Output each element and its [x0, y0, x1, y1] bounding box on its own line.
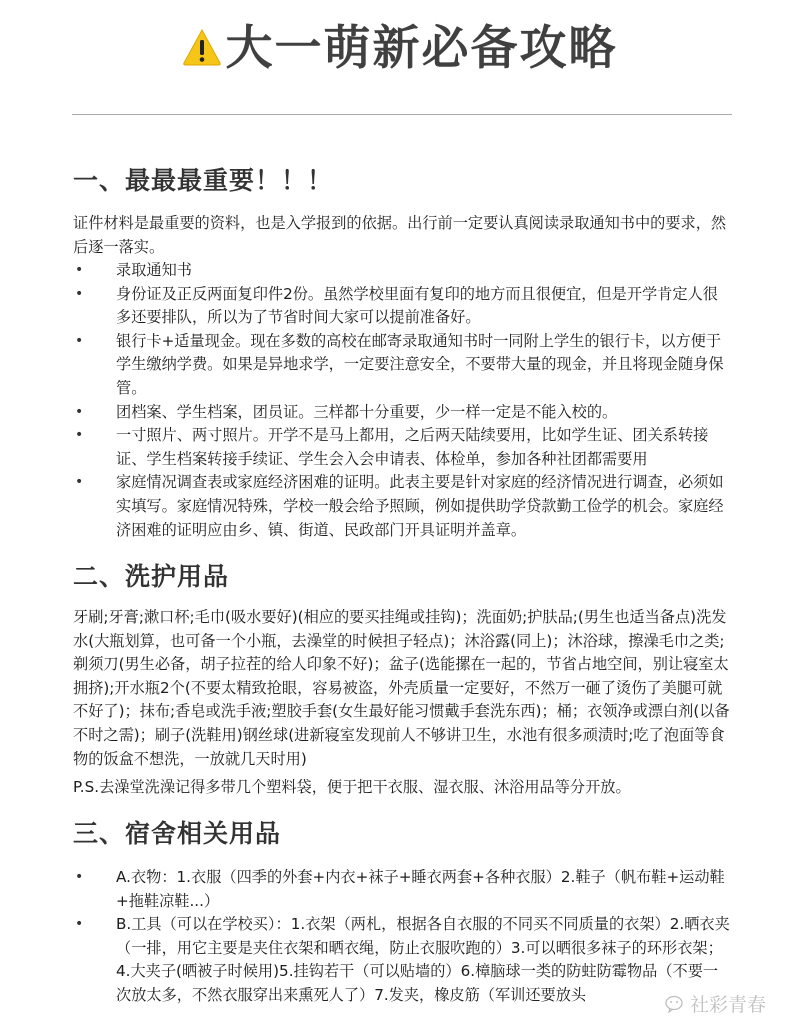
document-page: 大一萌新必备攻略 一、最最最重要！！！ 证件材料是最重要的资料，也是入学报到的依… — [0, 0, 799, 1034]
watermark-text: 社彩青春 — [690, 990, 766, 1017]
section-2-ps: P.S.去澡堂洗澡记得多带几个塑料袋，便于把干衣服、湿衣服、沐浴用品等分开放。 — [73, 776, 733, 800]
bullet-icon: • — [75, 330, 85, 354]
bullet-icon: • — [75, 401, 85, 425]
list-item: •录取通知书 — [73, 259, 733, 283]
warning-icon — [182, 27, 222, 67]
bullet-icon: • — [75, 471, 85, 495]
list-item: •A.衣物：1.衣服（四季的外套+内衣+袜子+睡衣两套+各种衣服）2.鞋子（帆布… — [73, 866, 733, 913]
bullet-icon: • — [75, 913, 85, 937]
list-item: •一寸照片、两寸照片。开学不是马上都用，之后两天陆续要用，比如学生证、团关系转接… — [73, 424, 733, 471]
title-divider — [72, 114, 732, 115]
bullet-icon: • — [75, 866, 85, 890]
wechat-icon — [665, 995, 687, 1013]
title-row: 大一萌新必备攻略 — [0, 14, 799, 84]
page-title: 大一萌新必备攻略 — [226, 14, 618, 84]
list-item: •身份证及正反两面复印件2份。虽然学校里面有复印的地方而且很便宜，但是开学肯定人… — [73, 283, 733, 330]
section-3-list: •A.衣物：1.衣服（四季的外套+内衣+袜子+睡衣两套+各种衣服）2.鞋子（帆布… — [73, 866, 733, 1008]
section-heading-2: 二、洗护用品 — [73, 560, 229, 594]
section-2-body: 牙刷;牙膏;漱口杯;毛巾(吸水要好)(相应的要买挂绳或挂钩)；洗面奶;护肤品;(… — [73, 606, 733, 771]
section-1-intro: 证件材料是最重要的资料，也是入学报到的依据。出行前一定要认真阅读录取通知书中的要… — [73, 212, 733, 259]
bullet-icon: • — [75, 259, 85, 283]
list-item: •银行卡+适量现金。现在多数的高校在邮寄录取通知书时一同附上学生的银行卡，以方便… — [73, 330, 733, 401]
list-item: •家庭情况调查表或家庭经济困难的证明。此表主要是针对家庭的经济情况进行调查，必须… — [73, 471, 733, 542]
section-heading-3: 三、宿舍相关用品 — [73, 817, 281, 851]
bullet-icon: • — [75, 283, 85, 307]
list-item: •B.工具（可以在学校买）：1.衣架（两札，根据各自衣服的不同买不同质量的衣架）… — [73, 913, 733, 1007]
bullet-icon: • — [75, 424, 85, 448]
section-1-list: •录取通知书 •身份证及正反两面复印件2份。虽然学校里面有复印的地方而且很便宜，… — [73, 259, 733, 542]
list-item: •团档案、学生档案，团员证。三样都十分重要，少一样一定是不能入校的。 — [73, 401, 733, 425]
watermark: 社彩青春 — [665, 990, 766, 1017]
section-heading-1: 一、最最最重要！！！ — [73, 164, 333, 198]
